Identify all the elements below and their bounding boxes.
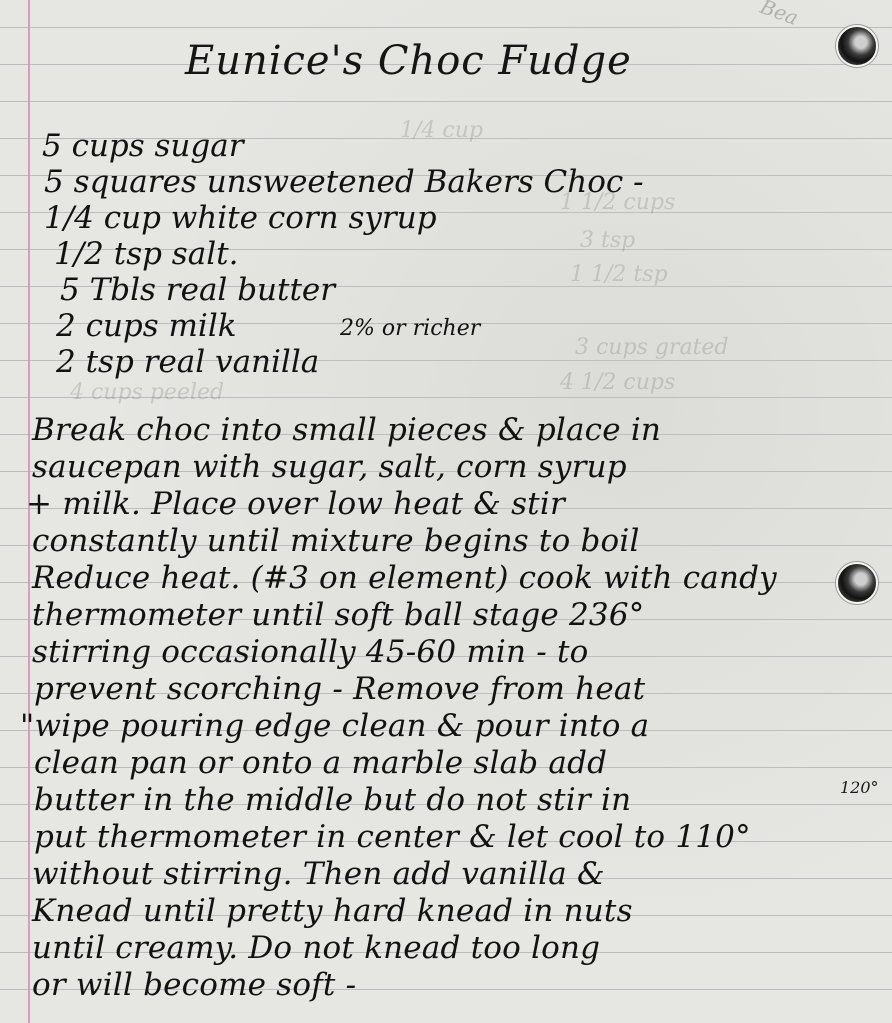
margin-note: 120° xyxy=(840,778,879,797)
instruction-line: until creamy. Do not knead too long xyxy=(32,930,600,966)
instruction-line: prevent scorching - Remove from heat xyxy=(34,671,645,707)
instruction-line: clean pan or onto a marble slab add xyxy=(34,745,607,781)
milk-note: 2% or richer xyxy=(340,316,480,341)
ingredient-item: 1/2 tsp salt. xyxy=(54,236,238,272)
ingredient-item: 1/4 cup white corn syrup xyxy=(44,200,437,236)
instruction-line: without stirring. Then add vanilla & xyxy=(32,856,605,892)
instruction-line: Knead until pretty hard knead in nuts xyxy=(32,893,633,929)
ingredient-item: 2 tsp real vanilla xyxy=(56,344,319,380)
recipe-title: Eunice's Choc Fudge xyxy=(185,38,632,84)
ingredient-item: 2 cups milk xyxy=(56,308,237,344)
instruction-line: put thermometer in center & let cool to … xyxy=(34,819,751,855)
instruction-line: butter in the middle but do not stir in xyxy=(34,782,631,818)
ingredient-item: 5 cups sugar xyxy=(42,128,244,164)
instruction-line: saucepan with sugar, salt, corn syrup xyxy=(32,449,627,485)
instruction-line: Reduce heat. (#3 on element) cook with c… xyxy=(32,560,777,596)
instruction-line: constantly until mixture begins to boil xyxy=(32,523,640,559)
instruction-line: Break choc into small pieces & place in xyxy=(32,412,661,448)
ingredient-item: 5 squares unsweetened Bakers Choc - xyxy=(44,164,644,200)
instruction-line: + milk. Place over low heat & stir xyxy=(26,486,565,522)
instruction-line: or will become soft - xyxy=(32,967,356,1003)
binder-hole-icon xyxy=(836,562,878,604)
binder-hole-icon xyxy=(836,25,878,67)
ingredient-item: 5 Tbls real butter xyxy=(60,272,335,308)
instruction-line: thermometer until soft ball stage 236° xyxy=(32,597,644,633)
instruction-line: "wipe pouring edge clean & pour into a xyxy=(20,708,649,744)
instruction-line: stirring occasionally 45-60 min - to xyxy=(32,634,589,670)
